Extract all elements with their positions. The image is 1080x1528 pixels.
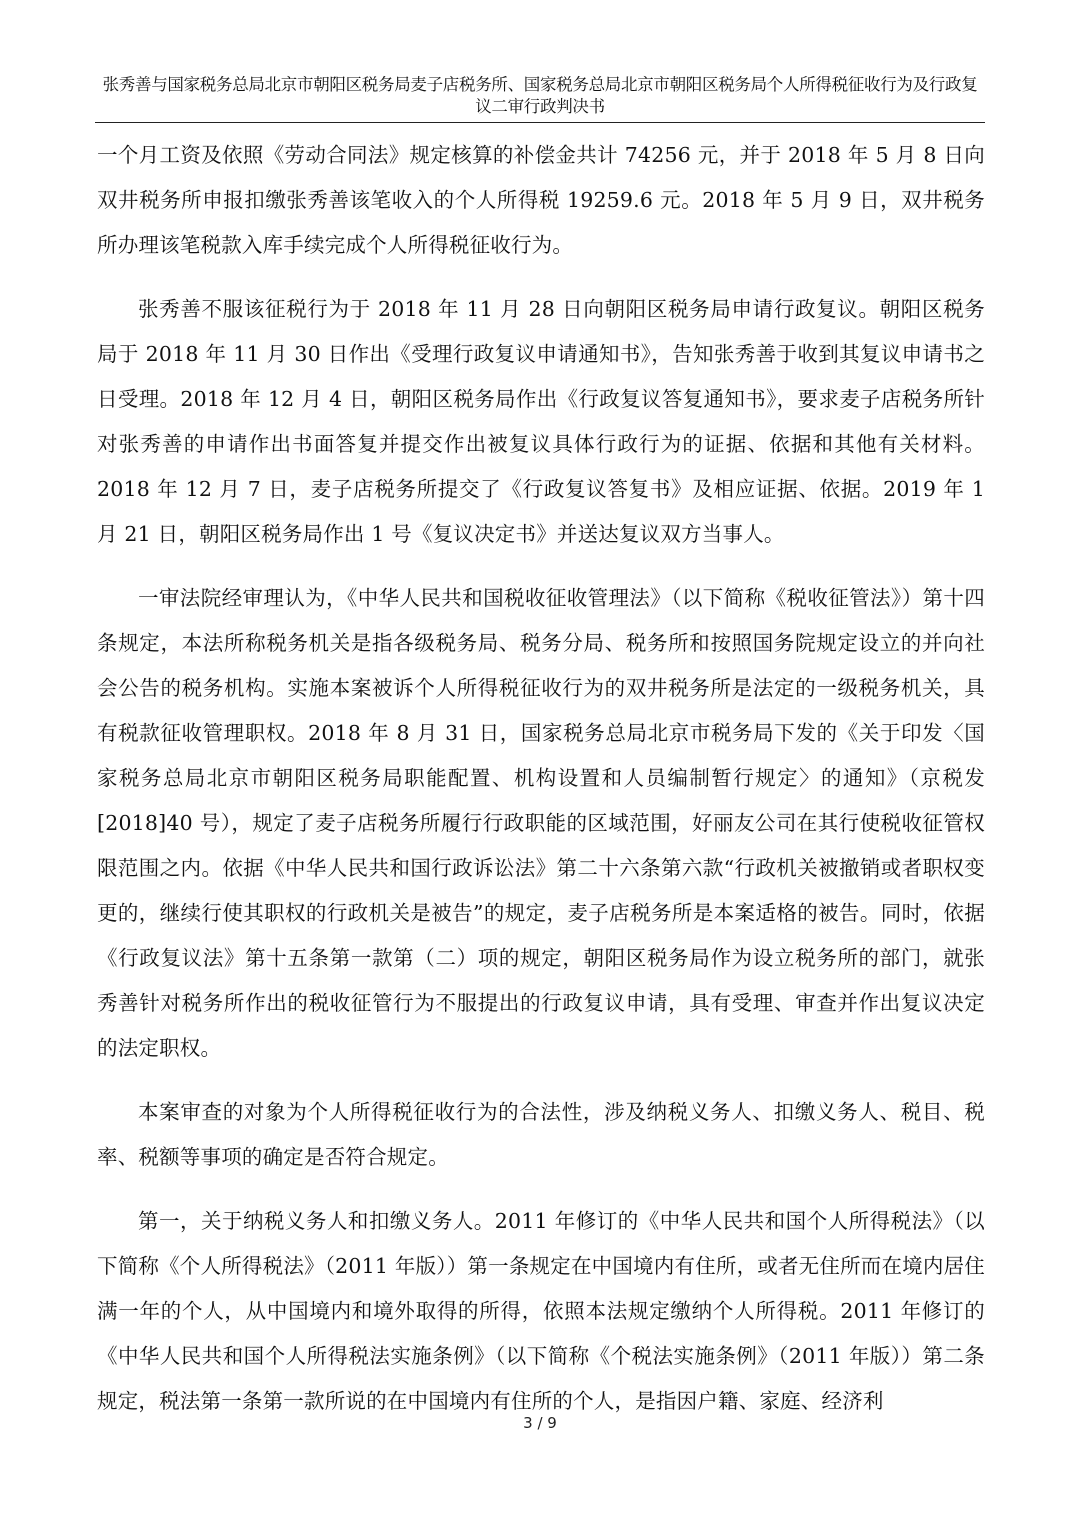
paragraph-gap (97, 1071, 985, 1090)
document-body: 一个月工资及依照《劳动合同法》规定核算的补偿金共计 74256 元，并于 201… (97, 133, 985, 1424)
paragraph-1: 一个月工资及依照《劳动合同法》规定核算的补偿金共计 74256 元，并于 201… (97, 133, 985, 268)
paragraph-gap (97, 557, 985, 576)
header-divider (95, 122, 985, 123)
document-header-title: 张秀善与国家税务总局北京市朝阳区税务局麦子店税务所、国家税务总局北京市朝阳区税务… (95, 74, 985, 118)
paragraph-gap (97, 268, 985, 287)
paragraph-2: 张秀善不服该征税行为于 2018 年 11 月 28 日向朝阳区税务局申请行政复… (97, 287, 985, 557)
paragraph-gap (97, 1180, 985, 1199)
paragraph-3: 一审法院经审理认为，《中华人民共和国税收征收管理法》（以下简称《税收征管法》）第… (97, 576, 985, 1071)
paragraph-4: 本案审查的对象为个人所得税征收行为的合法性，涉及纳税义务人、扣缴义务人、税目、税… (97, 1090, 985, 1180)
page-number: 3 / 9 (0, 1414, 1080, 1432)
paragraph-5: 第一，关于纳税义务人和扣缴义务人。2011 年修订的《中华人民共和国个人所得税法… (97, 1199, 985, 1424)
